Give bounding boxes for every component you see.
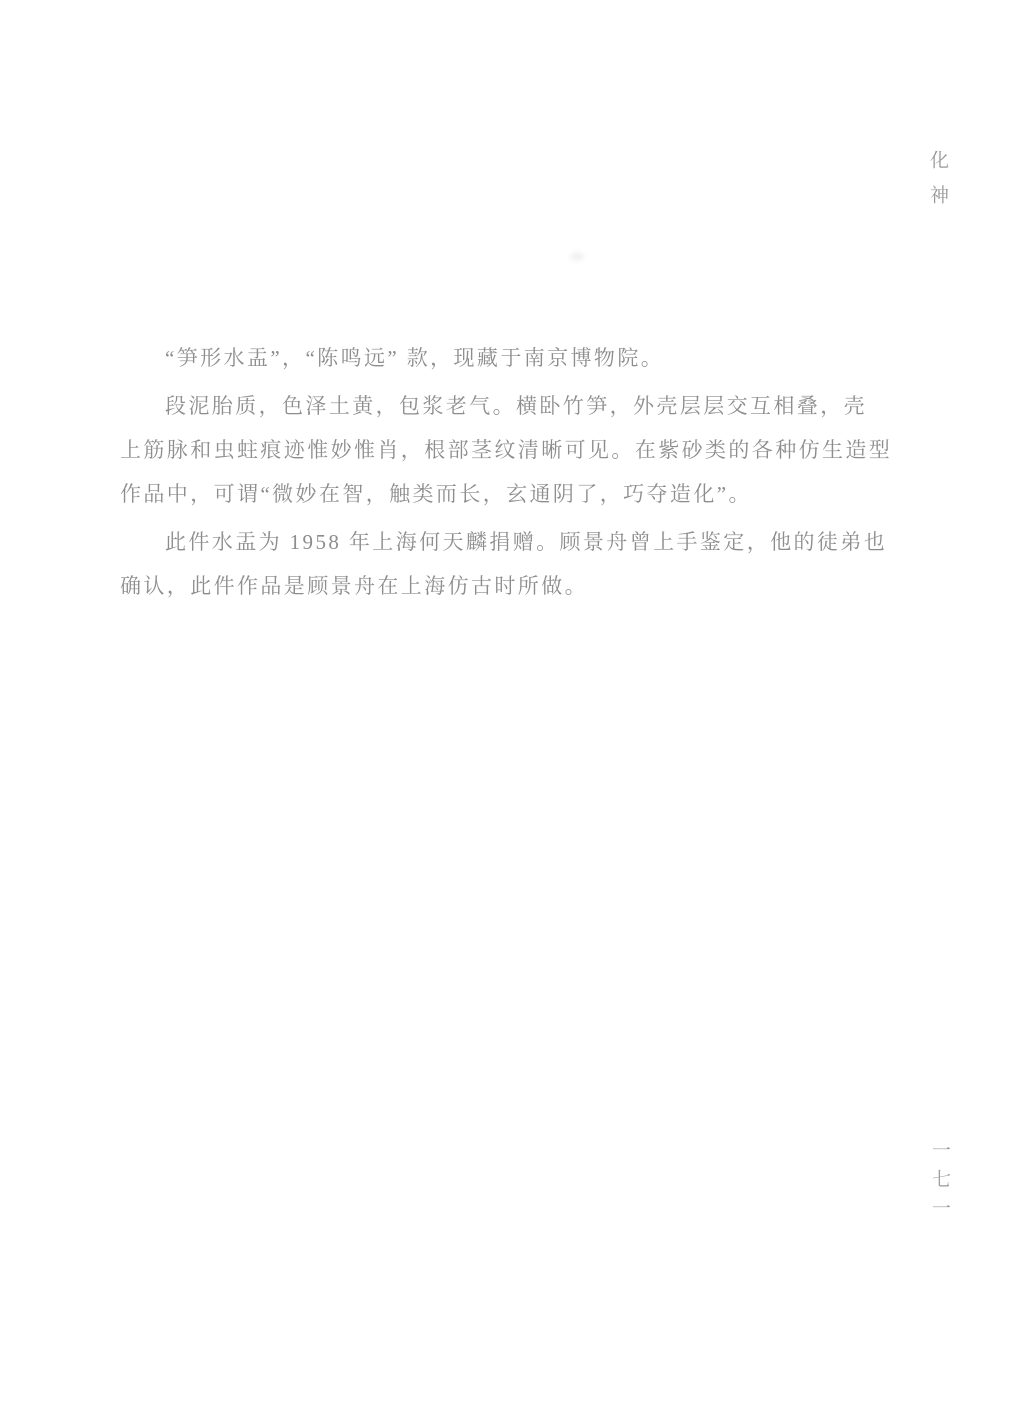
page-number-vertical: 一七一 bbox=[926, 1140, 953, 1227]
text-line: “笋形水盂”，“陈鸣远” 款，现藏于南京博物院。 bbox=[120, 336, 872, 380]
text-line: 确认，此件作品是顾景舟在上海仿古时所做。 bbox=[120, 564, 872, 608]
text-line: 段泥胎质，色泽土黄，包浆老气。横卧竹笋，外壳层层交互相叠，壳 bbox=[120, 384, 872, 428]
body-text-block: “笋形水盂”，“陈鸣远” 款，现藏于南京博物院。 段泥胎质，色泽土黄，包浆老气。… bbox=[120, 336, 872, 608]
text-line: 作品中，可谓“微妙在智，触类而长，玄通阴了，巧夺造化”。 bbox=[120, 472, 872, 516]
scan-smudge-artifact bbox=[570, 252, 584, 261]
margin-header-vertical: 化神 bbox=[924, 150, 951, 220]
text-line: 此件水盂为 1958 年上海何天麟捐赠。顾景舟曾上手鉴定，他的徒弟也 bbox=[120, 520, 872, 564]
text-line: 上筋脉和虫蛀痕迹惟妙惟肖，根部茎纹清晰可见。在紫砂类的各种仿生造型 bbox=[120, 428, 872, 472]
scanned-book-page: 化神 “笋形水盂”，“陈鸣远” 款，现藏于南京博物院。 段泥胎质，色泽土黄，包浆… bbox=[0, 0, 1016, 1424]
